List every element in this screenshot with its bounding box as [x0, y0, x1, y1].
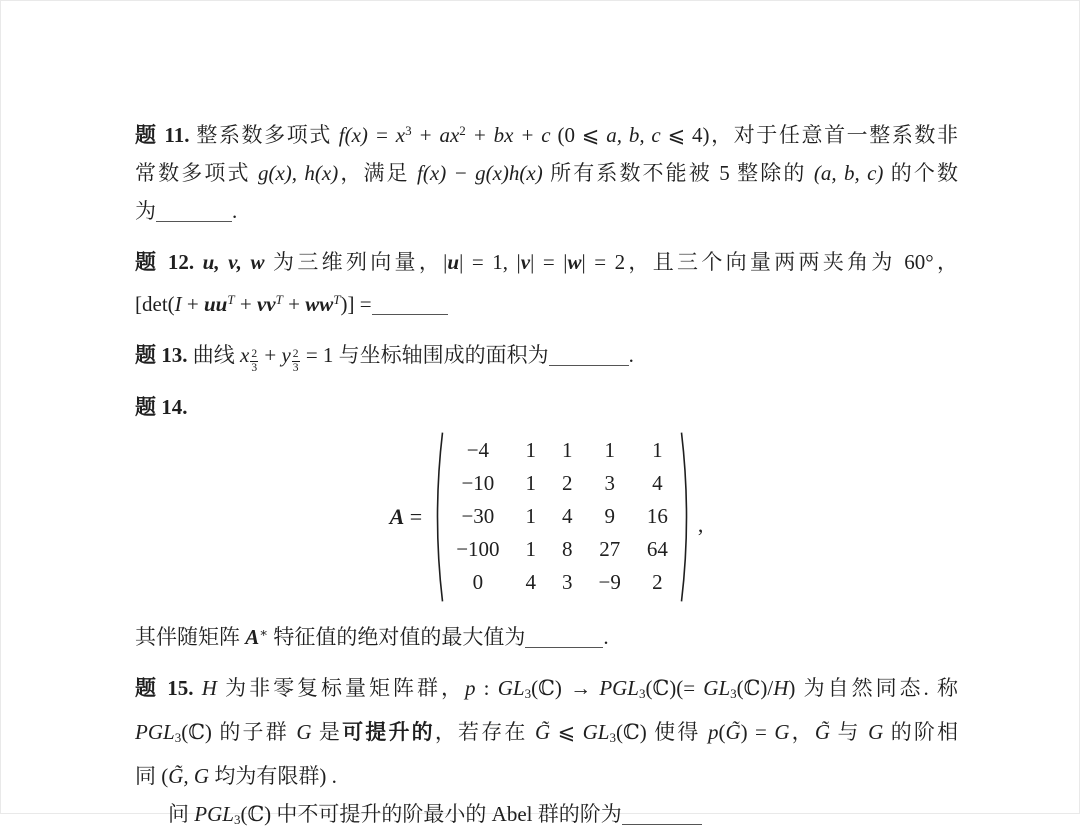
math-text: (a, b, c) [814, 161, 884, 185]
text: 的个数 [883, 161, 958, 185]
answer-blank [156, 200, 232, 222]
text-line: 问 PGL3(ℂ) 中不可提升的阶最小的 Abel 群的阶为 [135, 795, 958, 814]
math-text: (0 ⩽ [551, 123, 607, 147]
fraction-denominator: 3 [292, 362, 300, 375]
matrix-cell: 1 [526, 467, 537, 500]
matrix-cell: 1 [526, 500, 537, 533]
fraction-denominator: 3 [250, 362, 258, 375]
text: 同 [135, 764, 161, 788]
text: 其伴随矩阵 [135, 625, 245, 649]
text: 均为有限群 [209, 764, 319, 788]
math-text: + [235, 292, 257, 316]
math-text: GL [583, 720, 610, 744]
matrix-cell: 64 [647, 533, 668, 566]
math-text: A [390, 504, 405, 529]
matrix-cell: 27 [599, 533, 621, 566]
math-text: ) = [741, 720, 775, 744]
text: ，满足 [338, 161, 417, 185]
problem-12: 题 12. u, v, w 为三维列向量，|u| = 1, |v| = |w| … [135, 243, 958, 323]
bold-text: 题 15. [135, 676, 202, 700]
math-text: GL [498, 676, 525, 700]
math-text: a, b, c [606, 123, 661, 147]
answer-blank [372, 293, 448, 315]
math-text: p [465, 676, 476, 700]
text: 整系数多项式 [190, 123, 339, 147]
math-text: u, v, w [203, 250, 265, 274]
bold-text: 题 13. [135, 343, 188, 367]
text: 问 [168, 802, 194, 814]
matrix-lhs: A = [390, 504, 423, 530]
math-text: 60° [904, 250, 933, 274]
math-text: + [259, 343, 281, 367]
math-text: p [708, 720, 719, 744]
math-text: (ℂ) [181, 720, 212, 744]
problem-11: 题 11. 整系数多项式 f(x) = x3 + ax2 + bx + c (0… [135, 112, 958, 230]
math-text: GL [703, 676, 730, 700]
math-text: u [447, 250, 459, 274]
matrix-cell: 2 [562, 467, 573, 500]
matrix-cell: 9 [599, 500, 621, 533]
text-line: 题 15. H 为非零复标量矩阵群，p : GL3(ℂ) → PGL3(ℂ)(=… [135, 669, 958, 713]
math-text: [det( [135, 292, 175, 316]
math-text: G [774, 720, 789, 744]
math-text: T [276, 292, 283, 307]
text: ， [790, 720, 815, 744]
fraction-numerator: 2 [292, 348, 300, 362]
math-text: G̃ [535, 720, 550, 744]
matrix-cell: 2 [647, 566, 668, 599]
text: 的子群 [212, 720, 296, 744]
bold-text: 题 11. [135, 123, 190, 147]
math-text: (ℂ) [616, 720, 647, 744]
math-text: : [475, 676, 497, 700]
answer-blank [549, 344, 629, 366]
math-text: G [296, 720, 311, 744]
problem-15: 题 15. H 为非零复标量矩阵群，p : GL3(ℂ) → PGL3(ℂ)(=… [135, 669, 958, 814]
text-line: 题 13. 曲线 x23 + y23 = 1 与坐标轴围成的面积为. [135, 336, 958, 375]
matrix-left-paren [431, 430, 444, 604]
matrix-right-paren [680, 430, 693, 604]
math-text: H [202, 676, 217, 700]
math-text: T [227, 292, 234, 307]
text: ，且三个向量两两夹角为 [625, 250, 904, 274]
text: 是 [311, 720, 342, 744]
text: 使得 [647, 720, 708, 744]
math-text: = 1 [301, 343, 334, 367]
math-text: I [175, 292, 182, 316]
text-line: 题 12. u, v, w 为三维列向量，|u| = 1, |v| = |w| … [135, 243, 958, 281]
text: 整除的 [730, 161, 814, 185]
matrix-cell: 8 [562, 533, 573, 566]
fraction-exponent: 23 [292, 348, 300, 375]
bold-text: 题 14. [135, 395, 188, 419]
text-line: 同 (G̃, G 均为有限群) . [135, 757, 958, 795]
text: ， [934, 250, 958, 274]
document-page: 题 11. 整系数多项式 f(x) = x3 + ax2 + bx + c (0… [0, 0, 1080, 814]
math-text: PGL [194, 802, 234, 814]
matrix-cell: 1 [526, 533, 537, 566]
text: ，对于任意首一整系数非 [710, 123, 959, 147]
matrix-cell: 0 [456, 566, 499, 599]
bold-text: 可提升的 [342, 720, 435, 744]
math-text: = [404, 504, 422, 529]
text: 特征值的绝对值的最大值为 [268, 625, 525, 649]
matrix-cell: 3 [562, 566, 573, 599]
matrix-equation: A =−41111−101234−3014916−100182764043−92… [390, 430, 704, 604]
matrix-cell: 3 [599, 467, 621, 500]
text: 与坐标轴围成的面积为 [333, 343, 548, 367]
math-text: (ℂ) → [531, 676, 599, 700]
matrix-cell: −9 [599, 566, 621, 599]
math-text: ww [305, 292, 333, 316]
matrix-cell: −4 [456, 434, 499, 467]
math-text: + [182, 292, 204, 316]
text: . [232, 199, 237, 223]
matrix-cell: 4 [526, 566, 537, 599]
matrix-cell: 1 [647, 434, 668, 467]
math-text: | = 2 [581, 250, 625, 274]
math-text: w [567, 250, 581, 274]
math-text: v [521, 250, 530, 274]
math-text: ∗ [259, 625, 268, 640]
answer-blank [525, 626, 603, 648]
math-text: 5 [719, 161, 730, 185]
text: 为自然同态. 称 [795, 676, 958, 700]
math-text: + ax [412, 123, 460, 147]
math-text: x [240, 343, 249, 367]
text: 曲线 [188, 343, 241, 367]
text: 为 [135, 199, 156, 223]
text: 所有系数不能被 [543, 161, 720, 185]
math-text: G̃ [815, 720, 830, 744]
math-text: g(x), h(x) [258, 161, 338, 185]
math-text: (ℂ)(= [646, 676, 704, 700]
math-text: + [283, 292, 305, 316]
text: ，若存在 [435, 720, 535, 744]
math-text: PGL [599, 676, 639, 700]
math-text: G [868, 720, 883, 744]
problem-14-question: 其伴随矩阵 A∗ 特征值的绝对值的最大值为. [135, 614, 958, 656]
text: . [629, 343, 634, 367]
fraction-exponent: 23 [250, 348, 258, 375]
math-text: (ℂ)/ [737, 676, 774, 700]
text-line: 常数多项式 g(x), h(x)，满足 f(x) − g(x)h(x) 所有系数… [135, 154, 958, 192]
text: . [326, 764, 337, 788]
text: 中不可提升的阶最小的 Abel 群的阶为 [271, 802, 622, 814]
matrix-cell: 4 [562, 500, 573, 533]
math-text: PGL [135, 720, 175, 744]
matrix-grid: −41111−101234−3014916−100182764043−92 [444, 430, 680, 603]
math-text: H [773, 676, 788, 700]
text: 常数多项式 [135, 161, 258, 185]
bold-text: 题 12. [135, 250, 203, 274]
text-line: 题 11. 整系数多项式 f(x) = x3 + ax2 + bx + c (0… [135, 112, 958, 154]
text-line: PGL3(ℂ) 的子群 G 是可提升的，若存在 G̃ ⩽ GL3(ℂ) 使得 p… [135, 713, 958, 757]
text: 与 [830, 720, 868, 744]
math-text: y [281, 343, 290, 367]
math-text: A [245, 625, 259, 649]
answer-blank [622, 803, 702, 814]
math-text: ⩽ [550, 720, 582, 744]
matrix-cell: 1 [526, 434, 537, 467]
text: 为非零复标量矩阵群， [217, 676, 465, 700]
text-line: [det(I + uuT + vvT + wwT)] = [135, 281, 958, 323]
text-line: 为. [135, 192, 958, 230]
math-text: f(x) − g(x)h(x) [417, 161, 543, 185]
text: 为三维列向量， [265, 250, 444, 274]
fraction-numerator: 2 [250, 348, 258, 362]
math-text: | = | [530, 250, 567, 274]
math-text: (ℂ) [240, 802, 271, 814]
text: . [603, 625, 608, 649]
math-text: ⩽ 4) [661, 123, 710, 147]
matrix-cell: 4 [647, 467, 668, 500]
text: 的阶相 [883, 720, 958, 744]
math-text: f(x) = x [339, 123, 405, 147]
text-line: 题 14. [135, 388, 958, 426]
matrix-cell: 1 [562, 434, 573, 467]
problem-13: 题 13. 曲线 x23 + y23 = 1 与坐标轴围成的面积为. [135, 336, 958, 375]
problem-14-matrix: A =−41111−101234−3014916−100182764043−92… [135, 430, 958, 604]
matrix-cell: −30 [456, 500, 499, 533]
math-text: uu [204, 292, 227, 316]
math-text: G̃, G [168, 764, 209, 788]
matrix-cell: 1 [599, 434, 621, 467]
text-line: 其伴随矩阵 A∗ 特征值的绝对值的最大值为. [135, 614, 958, 656]
math-text: vv [257, 292, 276, 316]
matrix-cell: 16 [647, 500, 668, 533]
problem-14-heading: 题 14. [135, 388, 958, 426]
matrix-cell: −10 [456, 467, 499, 500]
math-text: G̃ [725, 720, 740, 744]
matrix-cell: −100 [456, 533, 499, 566]
math-text: | = 1, | [459, 250, 521, 274]
document-body: 题 11. 整系数多项式 f(x) = x3 + ax2 + bx + c (0… [0, 0, 1080, 814]
math-text: )] = [340, 292, 371, 316]
math-text: + bx + c [466, 123, 551, 147]
matrix-suffix-comma: , [698, 512, 704, 538]
